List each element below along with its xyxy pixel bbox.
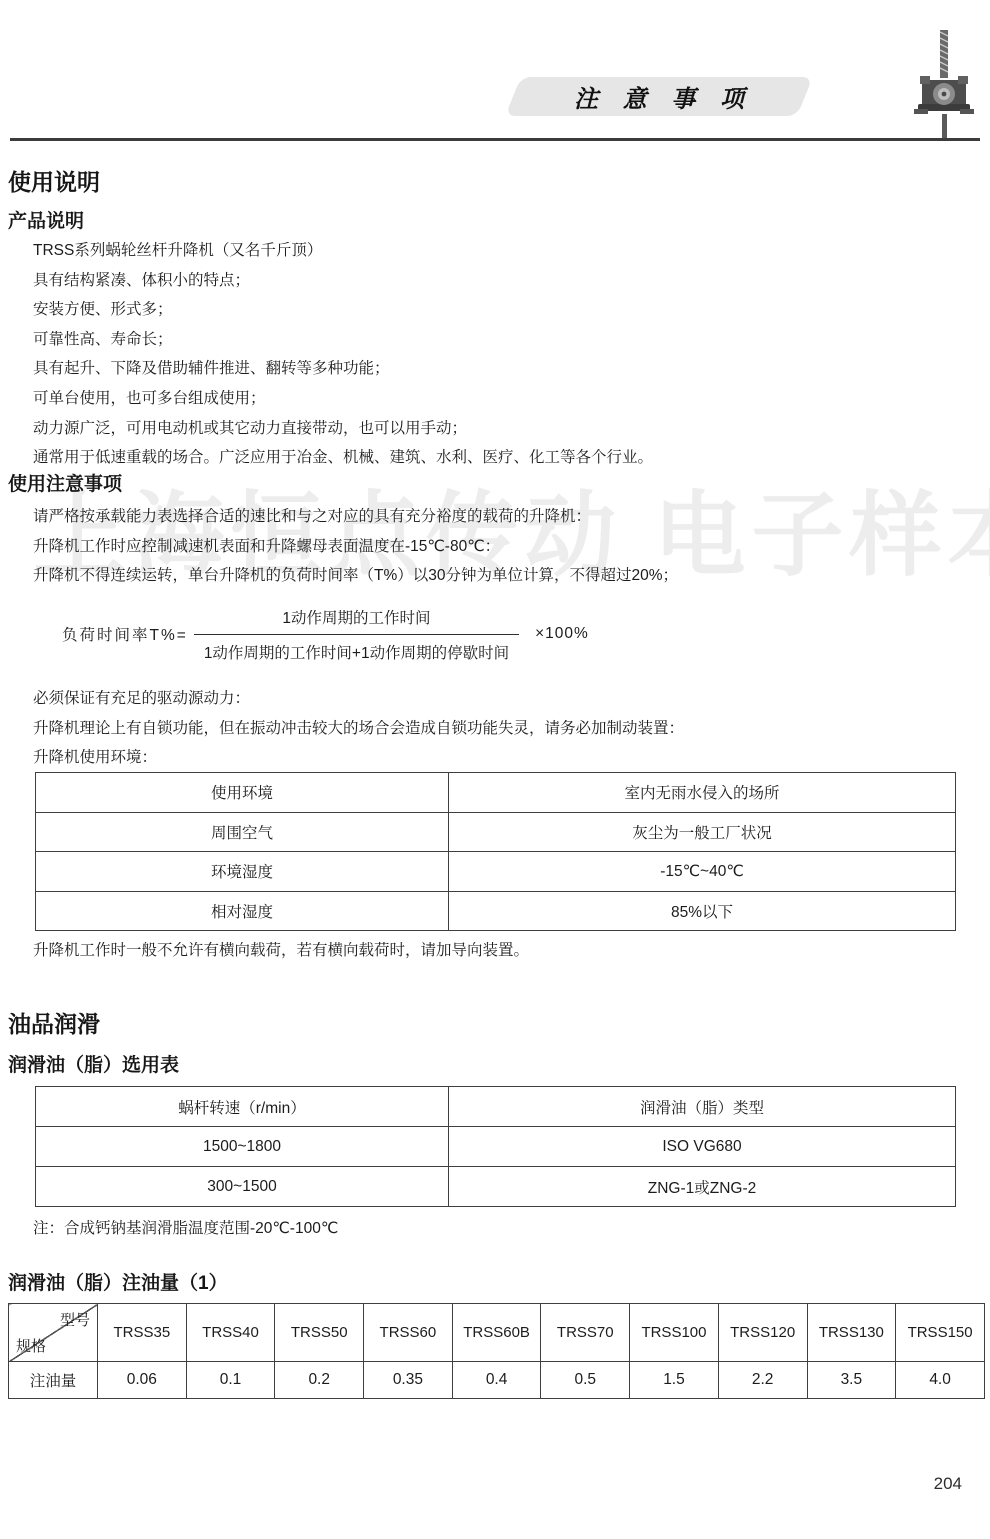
banner-title: 注 意 事 项 — [513, 77, 805, 116]
table-row: 注油量 0.06 0.1 0.2 0.35 0.4 0.5 1.5 2.2 3.… — [9, 1362, 985, 1399]
oil-quantity-value: 0.2 — [275, 1362, 364, 1399]
env-value: -15℃~40℃ — [449, 852, 956, 892]
oil-quantity-value: 4.0 — [896, 1362, 985, 1399]
speed-range: 300~1500 — [36, 1167, 449, 1207]
formula-numerator: 1动作周期的工作时间 — [194, 606, 519, 635]
precaution-line: 升降机工作时应控制减速机表面和升降螺母表面温度在-15℃-80℃： — [33, 532, 678, 562]
model-header: TRSS100 — [630, 1304, 719, 1362]
duty-cycle-formula: 负荷时间率T%= 1动作周期的工作时间 1动作周期的工作时间+1动作周期的停歇时… — [62, 597, 589, 671]
table-row: 环境湿度 -15℃~40℃ — [36, 852, 956, 892]
env-value: 85%以下 — [449, 891, 956, 931]
page-header-banner: 注 意 事 项 — [513, 77, 805, 116]
environment-table: 使用环境 室内无雨水侵入的场所 周围空气 灰尘为一般工厂状况 环境湿度 -15℃… — [35, 772, 956, 931]
grease-temperature-note: 注：合成钙钠基润滑脂温度范围-20℃-100℃ — [33, 1216, 338, 1238]
oil-quantity-value: 0.06 — [98, 1362, 187, 1399]
oil-quantity-value: 2.2 — [718, 1362, 807, 1399]
precaution-line: 升降机不得连续运转，单台升降机的负荷时间率（T%）以30分钟为单位计算，不得超过… — [33, 561, 678, 591]
page-number: 204 — [934, 1474, 962, 1494]
precaution-lines-after-formula: 必须保证有充足的驱动源动力： 升降机理论上有自锁功能，但在振动冲击较大的场合会造… — [33, 684, 684, 773]
corner-label-spec: 规格 — [16, 1335, 46, 1356]
formula-label: 负荷时间率T%= — [62, 623, 188, 645]
table-row: 300~1500 ZNG-1或ZNG-2 — [36, 1167, 956, 1207]
row-label-oil-quantity: 注油量 — [9, 1362, 98, 1399]
model-header: TRSS150 — [896, 1304, 985, 1362]
col-header-lube-type: 润滑油（脂）类型 — [449, 1087, 956, 1127]
screw-jack-product-photo — [912, 30, 976, 142]
subsection-title-lube-selection: 润滑油（脂）选用表 — [8, 1050, 179, 1077]
product-desc-line: 具有结构紧凑、体积小的特点； — [33, 266, 653, 296]
oil-quantity-table: 型号 规格 TRSS35 TRSS40 TRSS50 TRSS60 TRSS60… — [8, 1303, 985, 1399]
env-value: 灰尘为一般工厂状况 — [449, 812, 956, 852]
subsection-title-precautions: 使用注意事项 — [8, 469, 122, 496]
lateral-load-note: 升降机工作时一般不允许有横向载荷，若有横向载荷时，请加导向装置。 — [33, 938, 529, 960]
lube-type: ZNG-1或ZNG-2 — [449, 1167, 956, 1207]
formula-fraction: 1动作周期的工作时间 1动作周期的工作时间+1动作周期的停歇时间 — [194, 606, 519, 663]
header-divider-line — [10, 138, 980, 141]
env-label: 相对湿度 — [36, 891, 449, 931]
product-desc-line: TRSS系列蜗轮丝杆升降机（又名千斤顶） — [33, 236, 653, 266]
product-desc-line: 通常用于低速重载的场合。广泛应用于冶金、机械、建筑、水利、医疗、化工等各个行业。 — [33, 443, 653, 473]
formula-multiplier: ×100% — [535, 625, 589, 643]
product-desc-line: 具有起升、下降及借助辅件推进、翻转等多种功能； — [33, 354, 653, 384]
oil-quantity-value: 0.5 — [541, 1362, 630, 1399]
col-header-speed: 蜗杆转速（r/min） — [36, 1087, 449, 1127]
model-header: TRSS60 — [364, 1304, 453, 1362]
product-desc-line: 安装方便、形式多； — [33, 295, 653, 325]
precaution-line: 必须保证有充足的驱动源动力： — [33, 684, 684, 714]
precaution-line: 升降机使用环境： — [33, 743, 684, 773]
diagonal-corner-cell: 型号 规格 — [9, 1304, 98, 1362]
product-desc-line: 可靠性高、寿命长； — [33, 325, 653, 355]
model-header: TRSS120 — [718, 1304, 807, 1362]
table-header-row: 蜗杆转速（r/min） 润滑油（脂）类型 — [36, 1087, 956, 1127]
oil-quantity-value: 0.4 — [452, 1362, 541, 1399]
table-row: 周围空气 灰尘为一般工厂状况 — [36, 812, 956, 852]
model-header: TRSS130 — [807, 1304, 896, 1362]
corner-label-model: 型号 — [60, 1309, 90, 1330]
speed-range: 1500~1800 — [36, 1127, 449, 1167]
catalog-page: 上海恒点传动 电子样本 注 意 事 项 使用说明 产品说明 TRSS系列蜗轮丝 — [0, 0, 990, 1539]
model-header: TRSS50 — [275, 1304, 364, 1362]
model-header: TRSS70 — [541, 1304, 630, 1362]
model-header: TRSS40 — [186, 1304, 275, 1362]
table-row: 使用环境 室内无雨水侵入的场所 — [36, 773, 956, 813]
oil-quantity-value: 0.1 — [186, 1362, 275, 1399]
model-header: TRSS35 — [98, 1304, 187, 1362]
oil-quantity-value: 1.5 — [630, 1362, 719, 1399]
section-title-lubrication: 油品润滑 — [8, 1006, 100, 1039]
env-value: 室内无雨水侵入的场所 — [449, 773, 956, 813]
env-label: 环境湿度 — [36, 852, 449, 892]
formula-denominator: 1动作周期的工作时间+1动作周期的停歇时间 — [194, 635, 519, 663]
precaution-line: 请严格按承载能力表选择合适的速比和与之对应的具有充分裕度的载荷的升降机： — [33, 502, 678, 532]
product-desc-line: 可单台使用，也可多台组成使用； — [33, 384, 653, 414]
table-header-row: 型号 规格 TRSS35 TRSS40 TRSS50 TRSS60 TRSS60… — [9, 1304, 985, 1362]
section-title-usage: 使用说明 — [8, 164, 100, 197]
subsection-title-product-desc: 产品说明 — [8, 206, 84, 233]
product-desc-line: 动力源广泛，可用电动机或其它动力直接带动，也可以用手动； — [33, 414, 653, 444]
precaution-line: 升降机理论上有自锁功能，但在振动冲击较大的场合会造成自锁功能失灵，请务必加制动装… — [33, 714, 684, 744]
lubricant-selection-table: 蜗杆转速（r/min） 润滑油（脂）类型 1500~1800 ISO VG680… — [35, 1086, 956, 1207]
env-label: 使用环境 — [36, 773, 449, 813]
env-label: 周围空气 — [36, 812, 449, 852]
subsection-title-oil-quantity: 润滑油（脂）注油量（1） — [8, 1268, 228, 1295]
oil-quantity-value: 3.5 — [807, 1362, 896, 1399]
model-header: TRSS60B — [452, 1304, 541, 1362]
table-row: 相对湿度 85%以下 — [36, 891, 956, 931]
precaution-lines: 请严格按承载能力表选择合适的速比和与之对应的具有充分裕度的载荷的升降机： 升降机… — [33, 502, 678, 591]
oil-quantity-value: 0.35 — [364, 1362, 453, 1399]
table-row: 1500~1800 ISO VG680 — [36, 1127, 956, 1167]
lube-type: ISO VG680 — [449, 1127, 956, 1167]
product-description-lines: TRSS系列蜗轮丝杆升降机（又名千斤顶） 具有结构紧凑、体积小的特点； 安装方便… — [33, 236, 653, 473]
